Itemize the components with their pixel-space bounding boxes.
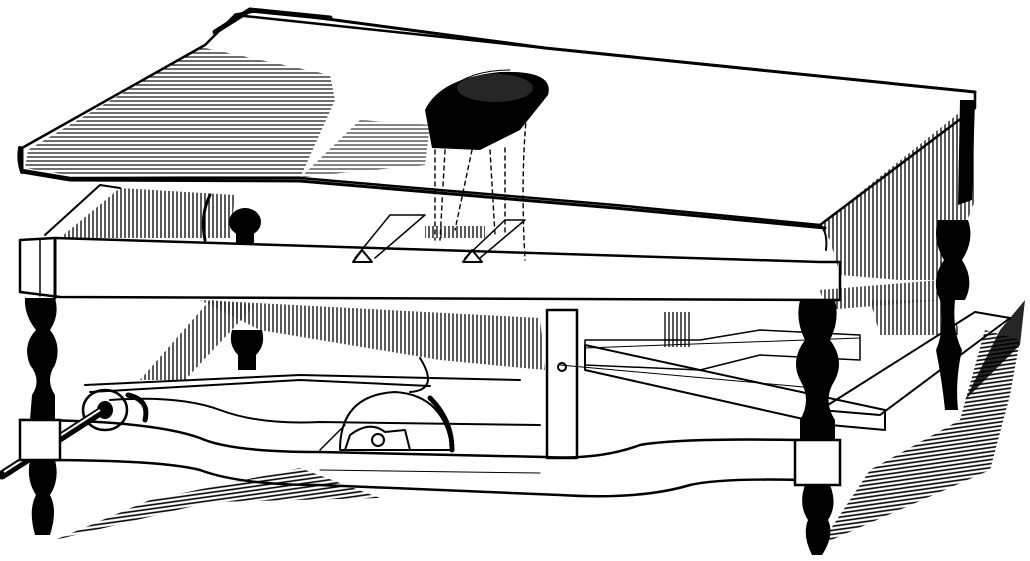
engraving-figure: Engraving of a mechanical table with a l…	[0, 0, 1030, 561]
drive-belt	[90, 358, 430, 392]
gear-wheel	[320, 392, 452, 450]
rear-frame	[45, 185, 261, 244]
table-top	[19, 10, 975, 280]
mechanical-table-illustration	[0, 0, 1030, 561]
